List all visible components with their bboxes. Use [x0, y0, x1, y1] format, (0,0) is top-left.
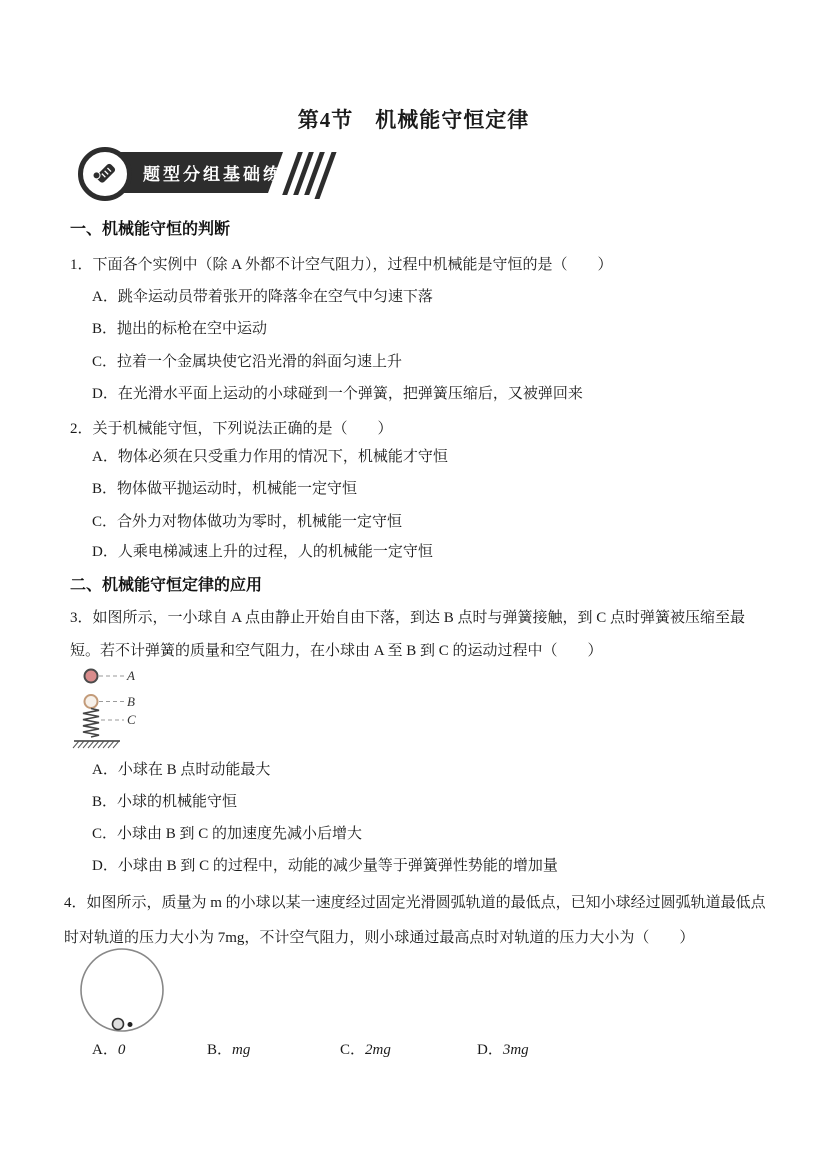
spring-coil — [83, 709, 99, 738]
ball-spring-figure: A B C — [70, 663, 210, 753]
ball-at-b — [85, 695, 98, 708]
option-letter: A． — [92, 1042, 118, 1058]
question4-option-b: B．mg — [207, 1038, 250, 1059]
badge-label: 题型分组基础练 — [143, 160, 283, 185]
option-letter: B． — [207, 1042, 232, 1058]
question1-option-d: D．在光滑水平面上运动的小球碰到一个弹簧，把弹簧压缩后，又被弹回来 — [92, 382, 583, 403]
page-title: 第4节 机械能守恒定律 — [0, 104, 827, 134]
option-value: 3mg — [503, 1042, 529, 1058]
option-value: 2mg — [365, 1042, 391, 1058]
figure-label-b: B — [127, 694, 135, 709]
question4-option-d: D．3mg — [477, 1038, 529, 1059]
figure-label-c: C — [127, 712, 136, 727]
option-letter: D． — [477, 1042, 503, 1058]
section2-heading: 二、机械能守恒定律的应用 — [70, 572, 262, 595]
scroll-pen-icon — [78, 147, 132, 201]
question2-option-b: B．物体做平抛运动时，机械能一定守恒 — [92, 477, 357, 498]
section1-heading: 一、机械能守恒的判断 — [70, 216, 230, 239]
velocity-dot — [128, 1022, 133, 1027]
question4-option-c: C．2mg — [340, 1038, 391, 1059]
track-circle — [81, 949, 163, 1031]
question1-option-b: B．抛出的标枪在空中运动 — [92, 317, 267, 338]
question3-stem: 3．如图所示，一小球自 A 点由静止开始自由下落，到达 B 点时与弹簧接触，到 … — [70, 602, 770, 668]
ball-on-track — [113, 1019, 124, 1030]
question2-option-a: A．物体必须在只受重力作用的情况下，机械能才守恒 — [92, 445, 448, 466]
question3-option-d: D．小球由 B 到 C 的过程中，动能的减少量等于弹簧弹性势能的增加量 — [92, 854, 558, 875]
question3-option-c: C．小球由 B 到 C 的加速度先减小后增大 — [92, 822, 362, 843]
question1-option-a: A．跳伞运动员带着张开的降落伞在空气中匀速下落 — [92, 285, 433, 306]
question1-stem: 1．下面各个实例中（除 A 外都不计空气阻力），过程中机械能是守恒的是（ ） — [70, 249, 790, 282]
question2-stem: 2．关于机械能守恒，下列说法正确的是（ ） — [70, 413, 790, 446]
question4-option-a: A．0 — [92, 1038, 125, 1059]
worksheet-page: 第4节 机械能守恒定律 题型分组基础练 一、机械能守恒的判断 1．下面各个实例中… — [0, 0, 827, 1169]
option-value: mg — [232, 1042, 250, 1058]
circular-track-figure — [74, 944, 174, 1039]
question1-option-c: C．拉着一个金属块使它沿光滑的斜面匀速上升 — [92, 350, 402, 371]
question3-option-b: B．小球的机械能守恒 — [92, 790, 237, 811]
figure-label-a: A — [126, 668, 135, 683]
ball-at-a — [85, 670, 98, 683]
question2-option-d: D．人乘电梯减速上升的过程，人的机械能一定守恒 — [92, 540, 433, 561]
option-letter: C． — [340, 1042, 365, 1058]
ground-hatching — [73, 741, 119, 748]
question3-option-a: A．小球在 B 点时动能最大 — [92, 758, 270, 779]
option-value: 0 — [118, 1042, 126, 1058]
practice-badge: 题型分组基础练 — [78, 147, 338, 209]
question2-option-c: C．合外力对物体做功为零时，机械能一定守恒 — [92, 510, 402, 531]
